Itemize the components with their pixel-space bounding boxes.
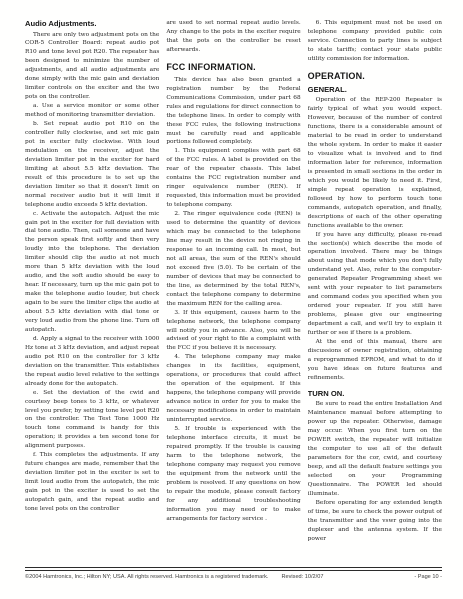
paragraph: This device has also been granted a regi…	[166, 76, 300, 148]
section-heading: FCC INFORMATION.	[166, 62, 300, 73]
paragraph: There are only two adjustment pots on th…	[25, 31, 159, 103]
paragraph: 3. If this equipment, causes harm to the…	[166, 309, 300, 354]
paragraph: are used to set normal repeat audio leve…	[166, 19, 300, 55]
page-number: - Page 10 -	[414, 574, 442, 580]
paragraph: 2. The ringer equivalence code (REN) is …	[166, 210, 300, 308]
manual-page: Audio Adjustments.There are only two adj…	[0, 0, 463, 599]
paragraph: a. Use a service monitor or some other m…	[25, 102, 159, 120]
section-heading: OPERATION.	[308, 71, 442, 82]
paragraph: If you have any difficulty, please re-re…	[308, 231, 442, 338]
footer-divider	[25, 567, 442, 571]
column-1: Audio Adjustments.There are only two adj…	[25, 19, 159, 568]
section-heading: GENERAL.	[308, 85, 442, 95]
column-3: 6. This equipment must not be used on te…	[308, 19, 442, 568]
footer-left-group: ©2004 Hamtronics, Inc.; Hilton NY; USA. …	[25, 574, 323, 580]
paragraph: 1. This equipment complies with part 68 …	[166, 147, 300, 210]
revision-date: Revised: 10/2/07	[281, 574, 323, 580]
section-heading: TURN ON.	[308, 389, 442, 399]
section-heading: Audio Adjustments.	[25, 19, 159, 29]
paragraph: Before operating for any extended length…	[308, 499, 442, 544]
paragraph: 4. The telephone company may make change…	[166, 353, 300, 425]
paragraph: f. This completes the adjustments. If an…	[25, 451, 159, 514]
paragraph: c. Activate the autopatch. Adjust the mi…	[25, 210, 159, 335]
column-2: are used to set normal repeat audio leve…	[166, 19, 300, 568]
footer-text-row: ©2004 Hamtronics, Inc.; Hilton NY; USA. …	[25, 574, 442, 580]
text-columns: Audio Adjustments.There are only two adj…	[25, 19, 442, 568]
page-footer: ©2004 Hamtronics, Inc.; Hilton NY; USA. …	[25, 567, 442, 580]
paragraph: At the end of this manual, there are dis…	[308, 338, 442, 383]
paragraph: 6. This equipment must not be used on te…	[308, 19, 442, 64]
paragraph: e. Set the deviation of the cwid and cou…	[25, 389, 159, 452]
paragraph: d. Apply a signal to the receiver with 1…	[25, 335, 159, 389]
paragraph: b. Set repeat audio pot R10 on the contr…	[25, 120, 159, 210]
paragraph: Be sure to read the entire Installation …	[308, 400, 442, 498]
paragraph: Operation of the REP-200 Repeater is fai…	[308, 96, 442, 230]
copyright-text: ©2004 Hamtronics, Inc.; Hilton NY; USA. …	[25, 574, 268, 580]
paragraph: 5. If trouble is experienced with the te…	[166, 425, 300, 523]
